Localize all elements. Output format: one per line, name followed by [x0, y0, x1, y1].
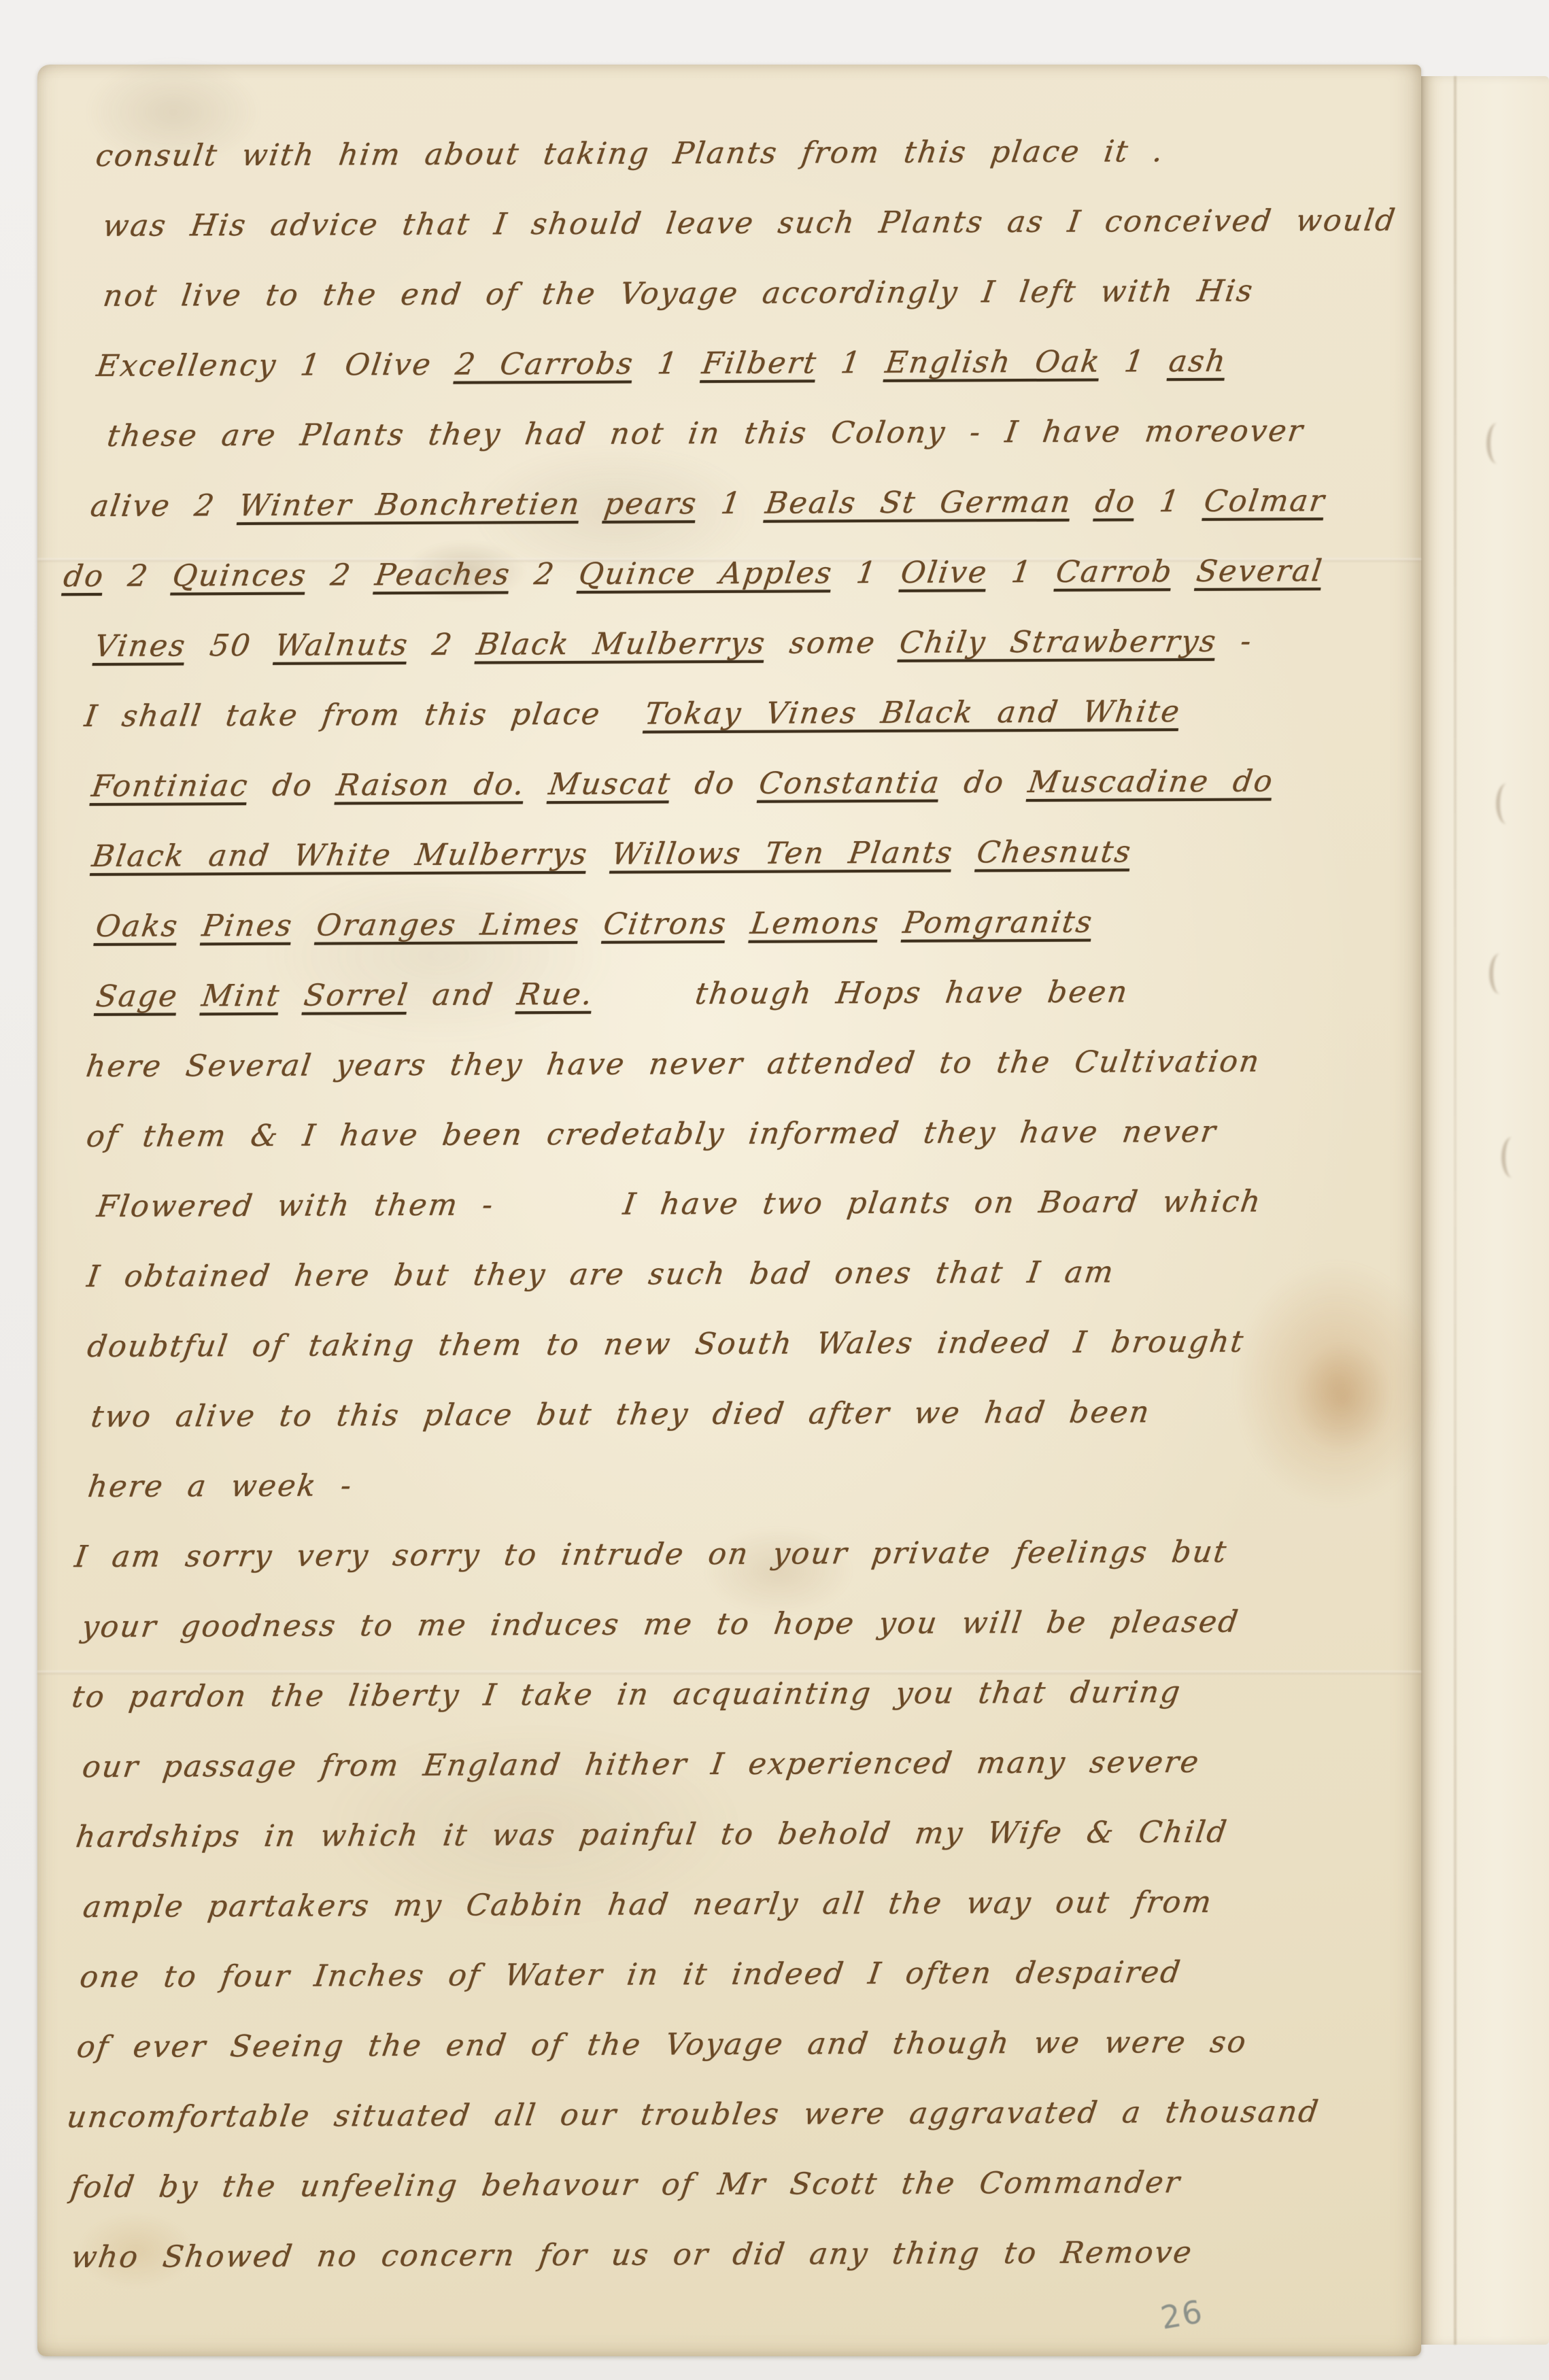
underlined-phrase: Pomgranits: [901, 905, 1095, 940]
letter-line: uncomfortable situated all our troubles …: [41, 2080, 1410, 2156]
text-segment: who Showed no concern for us or did any …: [69, 2235, 1195, 2275]
underlined-phrase: Oranges Limes: [314, 907, 582, 943]
text-segment: 1: [985, 555, 1058, 590]
letter-line: consult with him about taking Plants fro…: [33, 119, 1401, 195]
text-segment: was His advice that I should leave such …: [101, 203, 1399, 243]
underlined-phrase: Pines: [200, 908, 295, 944]
text-segment: ample partakers my Cabbin had nearly all…: [81, 1885, 1215, 1924]
underlined-phrase: Winter Bonchretien: [237, 487, 583, 523]
letter-line: doubtful of taking them to new South Wal…: [38, 1310, 1407, 1386]
letter-line: Fontiniac do Raison do. Muscat do Consta…: [36, 749, 1405, 826]
text-segment: here a week -: [86, 1468, 355, 1504]
letter-line: two alive to this place but they died af…: [39, 1380, 1408, 1456]
underlined-phrase: do: [61, 559, 107, 594]
text-segment: do: [938, 765, 1031, 800]
underlined-phrase: Oaks: [94, 908, 181, 944]
text-segment: 2: [406, 628, 479, 662]
letter-line: Black and White Mulberrys Willows Ten Pl…: [36, 819, 1405, 896]
text-segment: our passage from England hither I experi…: [80, 1745, 1202, 1784]
underlined-phrase: Sage: [94, 979, 181, 1014]
text-segment: though Hops have been: [693, 974, 1131, 1011]
text-segment: 50: [184, 628, 277, 664]
underlined-phrase: 2 Carrobs: [454, 347, 636, 382]
underlined-phrase: ash: [1167, 344, 1229, 379]
text-segment: I obtained here but they are such bad on…: [85, 1255, 1117, 1294]
text-segment: alive 2: [88, 488, 241, 524]
text-segment: I shall take from this place: [82, 697, 627, 734]
text-segment: 1: [815, 345, 887, 380]
text-segment: 1: [1098, 344, 1171, 379]
letter-line: I am sorry very sorry to intrude on your…: [39, 1520, 1408, 1596]
letter-line: who Showed no concern for us or did any …: [42, 2220, 1411, 2296]
text-segment: 1: [1134, 484, 1206, 519]
text-segment: 1: [632, 346, 704, 381]
text-segment: some: [764, 626, 902, 661]
letter-line: Sage Mint Sorrel and Rue.though Hops hav…: [37, 959, 1406, 1036]
underlined-phrase: Carrob: [1054, 554, 1176, 590]
letter-line: to pardon the liberty I take in acquaint…: [39, 1660, 1408, 1736]
letter-line: our passage from England hither I experi…: [40, 1730, 1409, 1806]
underlined-phrase: Chesnuts: [974, 834, 1134, 870]
text-segment: Flowered with them -: [95, 1187, 496, 1224]
text-segment: uncomfortable situated all our troubles …: [65, 2094, 1322, 2135]
text-segment: of them & I have been credetably informe…: [84, 1115, 1219, 1154]
underlined-phrase: Olive: [899, 555, 991, 590]
letter-line: fold by the unfeeling behavour of Mr Sco…: [42, 2150, 1411, 2226]
letter-line: hardships in which it was painful to beh…: [40, 1800, 1409, 1876]
letter-line: Vines 50 Walnuts 2 Black Mulberrys some …: [35, 609, 1404, 685]
text-segment: Excellency 1 Olive: [95, 347, 458, 384]
letter-line: of ever Seeing the end of the Voyage and…: [41, 2010, 1410, 2086]
facing-leaf-edge: [1421, 76, 1549, 2345]
text-segment: to pardon the liberty I take in acquaint…: [70, 1675, 1184, 1714]
text-segment: do: [669, 766, 762, 802]
text-segment: not live to the end of the Voyage accord…: [101, 274, 1257, 313]
underlined-phrase: Rue.: [515, 977, 596, 1013]
text-segment: here Several years they have never atten…: [84, 1044, 1263, 1084]
letter-line: of them & I have been credetably informe…: [37, 1100, 1406, 1176]
underlined-phrase: Sorrel: [302, 978, 411, 1013]
text-segment: 2: [305, 558, 377, 592]
underlined-phrase: Colmar: [1202, 483, 1328, 519]
text-segment: consult with him about taking Plants fro…: [94, 134, 1167, 173]
underlined-phrase: Willows Ten Plants: [609, 835, 955, 871]
underlined-phrase: Quince Apples: [577, 556, 835, 592]
underlined-phrase: Tokay Vines Black and White: [643, 694, 1183, 731]
ink-bleed-mark: [1501, 1137, 1523, 1178]
underlined-phrase: Peaches: [373, 557, 513, 592]
ink-bleed-mark: [1486, 423, 1508, 464]
letter-line: these are Plants they had not in this Co…: [34, 399, 1403, 475]
underlined-phrase: Beals St German: [764, 485, 1074, 521]
letter-line: not live to the end of the Voyage accord…: [33, 259, 1402, 335]
letter-line: Flowered with them -I have two plants on…: [37, 1170, 1406, 1246]
letter-line: your goodness to me induces me to hope y…: [39, 1590, 1408, 1666]
letter-body: consult with him about taking Plants fro…: [33, 119, 1401, 2296]
text-segment: I have two plants on Board which: [621, 1184, 1264, 1221]
underlined-phrase: Quinces: [171, 558, 310, 594]
text-segment: hardships in which it was painful to beh…: [74, 1815, 1231, 1854]
text-segment: your goodness to me induces me to hope y…: [80, 1605, 1242, 1644]
text-segment: these are Plants they had not in this Co…: [105, 413, 1307, 454]
letter-line: Excellency 1 Olive 2 Carrobs 1 Filbert 1…: [34, 329, 1403, 405]
letter-line: Oaks Pines Oranges Limes Citrons Lemons …: [36, 889, 1405, 966]
underlined-phrase: Raison do.: [335, 767, 528, 802]
text-segment: doubtful of taking them to new South Wal…: [85, 1325, 1246, 1364]
underlined-phrase: Muscadine do: [1026, 764, 1276, 800]
letter-line: do 2 Quinces 2 Peaches 2 Quince Apples 1…: [35, 539, 1403, 615]
page-number-pencil: 26: [1158, 2293, 1206, 2336]
underlined-phrase: English Oak: [883, 345, 1104, 380]
text-segment: and: [407, 977, 520, 1013]
underlined-phrase: Fontiniac: [90, 768, 251, 804]
fold-crease-vertical: [1454, 76, 1457, 2345]
underlined-phrase: Citrons: [601, 906, 729, 942]
underlined-phrase: Black Mulberrys: [475, 626, 768, 662]
letter-line: ample partakers my Cabbin had nearly all…: [41, 1870, 1410, 1946]
underlined-phrase: Muscat: [547, 766, 673, 802]
letter-line: here Several years they have never atten…: [37, 1030, 1406, 1106]
letter-line: one to four Inches of Water in it indeed…: [41, 1940, 1410, 2016]
text-segment: 2: [102, 558, 175, 593]
underlined-phrase: Vines: [92, 628, 188, 664]
letter-line: I obtained here but they are such bad on…: [38, 1240, 1407, 1316]
underlined-phrase: pears: [602, 486, 700, 522]
letter-line: here a week -: [39, 1450, 1408, 1526]
underlined-phrase: Walnuts: [273, 628, 411, 663]
underlined-phrase: Constantia: [757, 766, 942, 801]
text-segment: one to four Inches of Water in it indeed…: [78, 1955, 1183, 1994]
text-segment: I am sorry very sorry to intrude on your…: [73, 1535, 1230, 1574]
letter-line: was His advice that I should leave such …: [33, 189, 1402, 265]
underlined-phrase: Mint: [200, 979, 283, 1014]
underlined-phrase: do: [1093, 484, 1139, 519]
text-segment: of ever Seeing the end of the Voyage and…: [75, 2025, 1250, 2065]
text-segment: -: [1214, 624, 1255, 659]
scanned-letter: consult with him about taking Plants fro…: [0, 0, 1549, 2380]
text-segment: 1: [695, 486, 768, 521]
underlined-phrase: Chily Strawberrys: [898, 624, 1219, 660]
text-segment: do: [246, 768, 339, 803]
underlined-phrase: Black and White Mulberrys: [90, 837, 590, 874]
underlined-phrase: Lemons: [749, 906, 882, 941]
ink-bleed-mark: [1489, 953, 1511, 994]
text-segment: fold by the unfeeling behavour of Mr Sco…: [69, 2165, 1183, 2205]
underlined-phrase: Several: [1194, 554, 1325, 589]
text-segment: two alive to this place but they died af…: [89, 1395, 1153, 1434]
ink-bleed-mark: [1496, 783, 1518, 824]
letter-page: consult with him about taking Plants fro…: [37, 65, 1421, 2356]
letter-line: alive 2 Winter Bonchretien pears 1 Beals…: [35, 469, 1403, 545]
text-segment: 2: [509, 557, 581, 592]
letter-line: I shall take from this place Tokay Vines…: [35, 679, 1404, 755]
text-segment: 1: [830, 556, 903, 590]
underlined-phrase: Filbert: [700, 345, 819, 381]
